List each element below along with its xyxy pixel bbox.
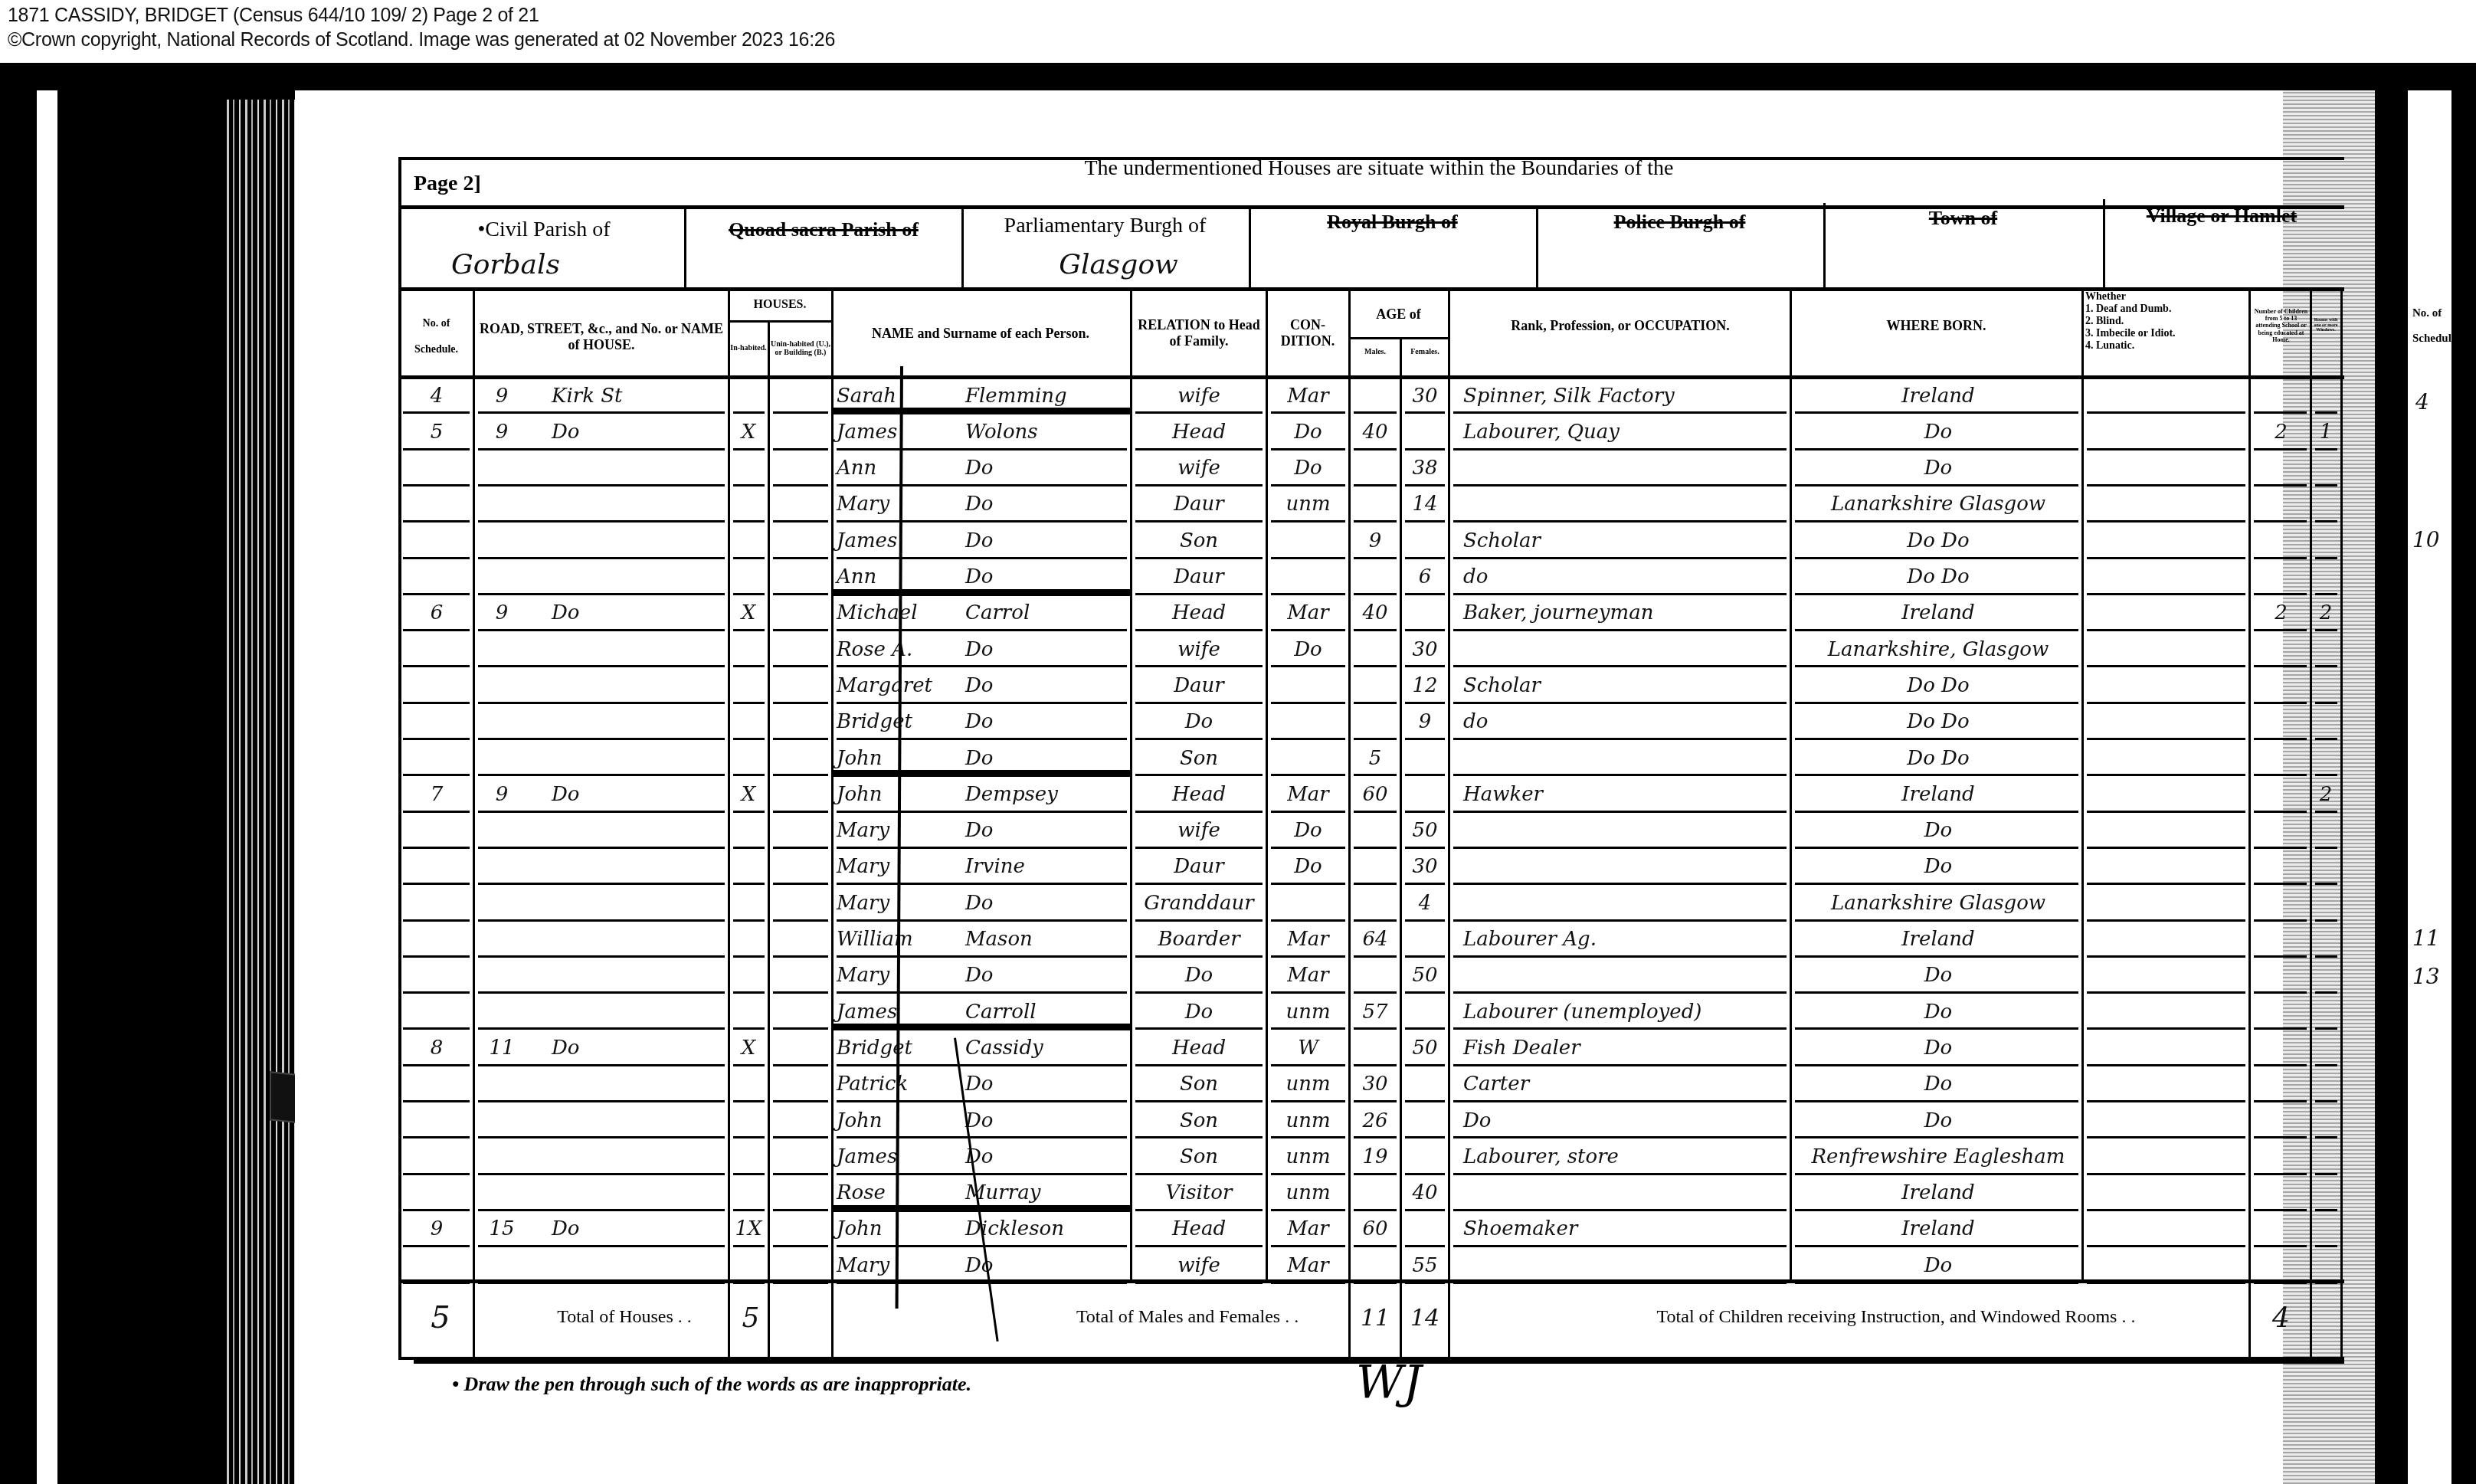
- cell-inhabited: [729, 958, 768, 994]
- cell-no: [479, 885, 525, 921]
- cell-male-age: [1351, 667, 1400, 703]
- row-rule: [2087, 991, 2245, 994]
- row-rule: [773, 484, 828, 486]
- cell-male-age: 60: [1351, 776, 1400, 812]
- cell-condition: Mar: [1268, 378, 1348, 414]
- cell-male-age: 19: [1351, 1138, 1400, 1174]
- cell-forename: Ann: [837, 450, 959, 486]
- cell-male-age: 40: [1351, 595, 1400, 631]
- cell-no: 9: [479, 776, 525, 812]
- next-page-value: 4: [2415, 389, 2429, 414]
- cell-female-age: [1402, 523, 1448, 559]
- cell-children: [2252, 631, 2310, 667]
- cell-rooms: [2312, 1138, 2340, 1174]
- cell-relation: Boarder: [1134, 922, 1264, 958]
- row-rule: [773, 774, 828, 776]
- cell-no: [479, 1175, 525, 1211]
- cell-no: [479, 1138, 525, 1174]
- cell-condition: Do: [1268, 813, 1348, 849]
- cell-female-age: 30: [1402, 378, 1448, 414]
- cell-children: [2252, 922, 2310, 958]
- cell-children: [2252, 667, 2310, 703]
- cell-surname: Dempsey: [965, 776, 1126, 812]
- cell-road: [552, 486, 724, 523]
- cell-surname: Do: [965, 813, 1126, 849]
- cell-inhabited: X: [729, 776, 768, 812]
- col-header-occupation: Rank, Profession, or OCCUPATION.: [1452, 306, 1789, 345]
- cell-relation: Visitor: [1134, 1175, 1264, 1211]
- cell-relation: Daur: [1134, 559, 1264, 595]
- cell-relation: Son: [1134, 1066, 1264, 1102]
- cell-male-age: [1351, 885, 1400, 921]
- cell-schedule: [402, 1247, 471, 1283]
- cell-condition: Mar: [1268, 922, 1348, 958]
- col-header-name: NAME and Surname of each Person.: [835, 306, 1126, 360]
- cell-male-age: [1351, 958, 1400, 994]
- row-rule: [773, 1136, 828, 1138]
- cell-relation: wife: [1134, 450, 1264, 486]
- cell-occupation: [1463, 450, 1785, 486]
- cell-road: [552, 559, 724, 595]
- cell-occupation: [1463, 958, 1785, 994]
- cell-where-born: Do: [1796, 414, 2080, 450]
- cell-occupation: Scholar: [1463, 667, 1785, 703]
- cell-occupation: Do: [1463, 1102, 1785, 1138]
- col-header-infirmity: Whether 1. Deaf and Dumb. 2. Blind. 3. I…: [2085, 280, 2246, 364]
- row-rule: [2087, 919, 2245, 922]
- col-header-children-schooling: Number of Children from 5 to 13 attendin…: [2252, 283, 2310, 368]
- cell-schedule: 8: [402, 1030, 471, 1066]
- row-rule: [773, 1173, 828, 1175]
- cell-road: [552, 885, 724, 921]
- row-rule: [2087, 448, 2245, 450]
- cell-no: [479, 450, 525, 486]
- cell-children: [2252, 1175, 2310, 1211]
- cell-female-age: 55: [1402, 1247, 1448, 1283]
- col-header-females: Females.: [1402, 341, 1448, 364]
- row-rule: [773, 411, 828, 414]
- row-rule: [773, 629, 828, 631]
- row-rule: [773, 448, 828, 450]
- cell-no: [479, 740, 525, 776]
- cell-inhabited: [729, 1247, 768, 1283]
- cell-rooms: [2312, 994, 2340, 1030]
- col-header-relation: RELATION to Head of Family.: [1134, 303, 1264, 364]
- cell-no: [479, 994, 525, 1030]
- cell-condition: [1268, 559, 1348, 595]
- col-divider: [831, 290, 834, 1358]
- cell-occupation: Shoemaker: [1463, 1211, 1785, 1247]
- cell-inhabited: X: [729, 595, 768, 631]
- cell-no: 9: [479, 414, 525, 450]
- cell-occupation: [1463, 740, 1785, 776]
- cell-surname: Do: [965, 450, 1126, 486]
- divider: [684, 207, 686, 287]
- cell-road: Do: [552, 776, 724, 812]
- cell-road: [552, 1102, 724, 1138]
- total-males: 11: [1352, 1299, 1398, 1337]
- cell-inhabited: [729, 523, 768, 559]
- row-rule: [2087, 1209, 2245, 1211]
- cell-schedule: [402, 740, 471, 776]
- cell-no: 15: [479, 1211, 525, 1247]
- image-title: 1871 CASSIDY, BRIDGET (Census 644/10 109…: [8, 5, 539, 27]
- cell-occupation: Labourer (unemployed): [1463, 994, 1785, 1030]
- cell-schedule: [402, 1102, 471, 1138]
- cell-condition: Mar: [1268, 776, 1348, 812]
- cell-female-age: [1402, 922, 1448, 958]
- cell-no: [479, 813, 525, 849]
- civil-parish-value: Gorbals: [429, 245, 582, 283]
- cell-road: Do: [552, 1030, 724, 1066]
- cell-occupation: Baker, journeyman: [1463, 595, 1785, 631]
- col-divider: [2248, 290, 2251, 1358]
- col-divider: [2081, 290, 2084, 1279]
- cell-relation: Head: [1134, 1211, 1264, 1247]
- cell-rooms: [2312, 450, 2340, 486]
- cell-schedule: 7: [402, 776, 471, 812]
- cell-where-born: Lanarkshire Glasgow: [1796, 885, 2080, 921]
- cell-schedule: 6: [402, 595, 471, 631]
- row-rule: [2087, 883, 2245, 885]
- next-page-value: 10: [2412, 527, 2440, 552]
- cell-female-age: [1402, 1138, 1448, 1174]
- row-rule: [773, 593, 828, 595]
- cell-surname: Do: [965, 958, 1126, 994]
- cell-female-age: 30: [1402, 849, 1448, 885]
- cell-relation: wife: [1134, 631, 1264, 667]
- row-rule: [773, 520, 828, 523]
- divider: [2103, 199, 2105, 287]
- cell-children: [2252, 378, 2310, 414]
- cell-road: [552, 849, 724, 885]
- cell-female-age: [1402, 1211, 1448, 1247]
- cell-inhabited: [729, 486, 768, 523]
- cell-condition: unm: [1268, 1102, 1348, 1138]
- cell-schedule: [402, 450, 471, 486]
- cell-female-age: [1402, 595, 1448, 631]
- town-label: Town of: [1827, 203, 2099, 234]
- total-houses-value: 5: [732, 1291, 770, 1345]
- cell-relation: Granddaur: [1134, 885, 1264, 921]
- cell-relation: Do: [1134, 958, 1264, 994]
- row-rule: [773, 847, 828, 849]
- cell-rooms: [2312, 849, 2340, 885]
- cell-children: [2252, 813, 2310, 849]
- col-header-schedule: No. of Schedule.: [400, 314, 473, 360]
- cell-children: [2252, 1211, 2310, 1247]
- cell-road: Do: [552, 595, 724, 631]
- col-header-age: AGE of: [1351, 295, 1446, 333]
- cell-male-age: 40: [1351, 414, 1400, 450]
- cell-where-born: Do: [1796, 1066, 2080, 1102]
- cell-where-born: Do Do: [1796, 667, 2080, 703]
- cell-where-born: Ireland: [1796, 595, 2080, 631]
- cell-surname: Do: [965, 486, 1126, 523]
- row-rule: [773, 1064, 828, 1066]
- cell-male-age: [1351, 450, 1400, 486]
- cell-relation: wife: [1134, 378, 1264, 414]
- cell-condition: Mar: [1268, 595, 1348, 631]
- cell-road: [552, 740, 724, 776]
- cell-male-age: 64: [1351, 922, 1400, 958]
- cell-condition: Mar: [1268, 1211, 1348, 1247]
- cell-rooms: [2312, 885, 2340, 921]
- cell-occupation: Labourer Ag.: [1463, 922, 1785, 958]
- cell-forename: James: [837, 414, 959, 450]
- cell-rooms: 2: [2312, 595, 2340, 631]
- cell-no: [479, 667, 525, 703]
- cell-surname: Do: [965, 1138, 1126, 1174]
- cell-female-age: [1402, 740, 1448, 776]
- cell-inhabited: [729, 813, 768, 849]
- cell-no: [479, 1066, 525, 1102]
- total-schedules: 5: [414, 1287, 467, 1348]
- cell-rooms: [2312, 1175, 2340, 1211]
- cell-occupation: Labourer, store: [1463, 1138, 1785, 1174]
- row-rule: [773, 557, 828, 559]
- cell-condition: Do: [1268, 631, 1348, 667]
- cell-no: [479, 631, 525, 667]
- cell-schedule: 4: [402, 378, 471, 414]
- cell-rooms: [2312, 631, 2340, 667]
- cell-female-age: [1402, 1066, 1448, 1102]
- cell-surname: Do: [965, 523, 1126, 559]
- cell-road: [552, 958, 724, 994]
- cell-relation: Head: [1134, 414, 1264, 450]
- col-divider: [1790, 290, 1792, 1279]
- cell-where-born: Lanarkshire, Glasgow: [1796, 631, 2080, 667]
- cell-where-born: Do: [1796, 813, 2080, 849]
- cell-relation: Do: [1134, 994, 1264, 1030]
- row-rule: [773, 702, 828, 704]
- cell-road: [552, 1138, 724, 1174]
- row-rule: [2087, 1027, 2245, 1030]
- cell-where-born: Lanarkshire Glasgow: [1796, 486, 2080, 523]
- cell-road: [552, 1247, 724, 1283]
- cell-condition: [1268, 885, 1348, 921]
- cell-condition: W: [1268, 1030, 1348, 1066]
- cell-children: [2252, 1247, 2310, 1283]
- cell-relation: Head: [1134, 776, 1264, 812]
- cell-surname: Do: [965, 667, 1126, 703]
- cell-rooms: [2312, 378, 2340, 414]
- cell-schedule: [402, 813, 471, 849]
- cell-surname: Do: [965, 885, 1126, 921]
- cell-no: [479, 559, 525, 595]
- cell-relation: Head: [1134, 1030, 1264, 1066]
- col-header-road: ROAD, STREET, &c., and No. or NAME of HO…: [479, 306, 724, 368]
- cell-where-born: Do Do: [1796, 523, 2080, 559]
- cell-schedule: [402, 631, 471, 667]
- enumerator-initials: WJ: [1356, 1356, 1422, 1410]
- col-divider: [1130, 290, 1132, 1279]
- scan-edge-strip: [37, 90, 57, 1484]
- cell-condition: [1268, 667, 1348, 703]
- cell-schedule: [402, 486, 471, 523]
- cell-occupation: Labourer, Quay: [1463, 414, 1785, 450]
- cell-male-age: [1351, 813, 1400, 849]
- col-header-houses: HOUSES.: [730, 291, 830, 319]
- cell-surname: Do: [965, 1102, 1126, 1138]
- row-rule: [2087, 1100, 2245, 1102]
- cell-no: [479, 922, 525, 958]
- cell-road: [552, 813, 724, 849]
- cell-rooms: 2: [2312, 776, 2340, 812]
- cell-occupation: Spinner, Silk Factory: [1463, 378, 1785, 414]
- cell-no: 9: [479, 595, 525, 631]
- cell-condition: Do: [1268, 414, 1348, 450]
- row-rule: [2087, 847, 2245, 849]
- cell-condition: [1268, 740, 1348, 776]
- cell-schedule: [402, 885, 471, 921]
- cell-road: Do: [552, 1211, 724, 1247]
- cell-female-age: 6: [1402, 559, 1448, 595]
- cell-occupation: Carter: [1463, 1066, 1785, 1102]
- cell-female-age: 12: [1402, 667, 1448, 703]
- row-rule: [773, 1245, 828, 1247]
- cell-no: [479, 958, 525, 994]
- divider: [961, 207, 964, 287]
- village-hamlet-label: Village or Hamlet: [2107, 201, 2337, 231]
- cell-inhabited: [729, 631, 768, 667]
- cell-children: [2252, 1030, 2310, 1066]
- cell-road: [552, 631, 724, 667]
- cell-where-born: Do: [1796, 450, 2080, 486]
- cell-male-age: [1351, 1175, 1400, 1211]
- footnote: • Draw the pen through such of the words…: [452, 1373, 971, 1396]
- cell-rooms: [2312, 740, 2340, 776]
- cell-relation: Daur: [1134, 849, 1264, 885]
- cell-inhabited: [729, 1102, 768, 1138]
- page-label: Page 2]: [414, 165, 536, 203]
- cell-occupation: Hawker: [1463, 776, 1785, 812]
- cell-no: 11: [479, 1030, 525, 1066]
- cell-schedule: [402, 704, 471, 740]
- cell-occupation: do: [1463, 559, 1785, 595]
- cell-surname: Do: [965, 1066, 1126, 1102]
- cell-forename: James: [837, 523, 959, 559]
- col-header-males: Males.: [1351, 341, 1400, 364]
- cell-condition: unm: [1268, 1175, 1348, 1211]
- divider: [1823, 203, 1826, 287]
- cell-female-age: 38: [1402, 450, 1448, 486]
- cell-male-age: [1351, 631, 1400, 667]
- cell-relation: Son: [1134, 1102, 1264, 1138]
- cell-relation: Son: [1134, 1138, 1264, 1174]
- cell-condition: unm: [1268, 1138, 1348, 1174]
- cell-inhabited: X: [729, 1030, 768, 1066]
- row-rule: [2087, 411, 2245, 414]
- cell-condition: Mar: [1268, 958, 1348, 994]
- cell-where-born: Do Do: [1796, 559, 2080, 595]
- cell-where-born: Do Do: [1796, 704, 2080, 740]
- cell-relation: wife: [1134, 1247, 1264, 1283]
- cell-where-born: Ireland: [1796, 776, 2080, 812]
- divider: [398, 1279, 2344, 1283]
- cell-male-age: [1351, 378, 1400, 414]
- quoad-sacra-parish-label: Quoad sacra Parish of: [689, 215, 958, 245]
- police-burgh-label: Police Burgh of: [1540, 207, 1819, 238]
- cell-occupation: [1463, 1247, 1785, 1283]
- cell-surname: Irvine: [965, 849, 1126, 885]
- cell-rooms: [2312, 922, 2340, 958]
- cell-children: 2: [2252, 414, 2310, 450]
- cell-children: [2252, 849, 2310, 885]
- row-rule: [2087, 1064, 2245, 1066]
- cell-inhabited: [729, 559, 768, 595]
- cell-inhabited: [729, 849, 768, 885]
- row-rule: [2087, 665, 2245, 667]
- row-rule: [773, 919, 828, 922]
- cell-children: [2252, 559, 2310, 595]
- cell-relation: wife: [1134, 813, 1264, 849]
- cell-rooms: [2312, 813, 2340, 849]
- cell-male-age: [1351, 486, 1400, 523]
- cell-schedule: 5: [402, 414, 471, 450]
- cell-no: [479, 1102, 525, 1138]
- col-divider: [473, 290, 475, 1358]
- cell-children: [2252, 885, 2310, 921]
- cell-inhabited: [729, 667, 768, 703]
- cell-inhabited: [729, 450, 768, 486]
- cell-schedule: [402, 559, 471, 595]
- cell-female-age: [1402, 414, 1448, 450]
- row-rule: [2087, 738, 2245, 740]
- cell-rooms: 1: [2312, 414, 2340, 450]
- cell-surname: Do: [965, 631, 1126, 667]
- cell-no: [479, 486, 525, 523]
- cell-where-born: Ireland: [1796, 1175, 2080, 1211]
- cell-condition: unm: [1268, 1066, 1348, 1102]
- cell-where-born: Do: [1796, 1030, 2080, 1066]
- cell-children: [2252, 776, 2310, 812]
- cell-no: [479, 523, 525, 559]
- cell-condition: Do: [1268, 849, 1348, 885]
- cell-rooms: [2312, 958, 2340, 994]
- cell-where-born: Do: [1796, 849, 2080, 885]
- cell-surname: Mason: [965, 922, 1126, 958]
- cell-occupation: [1463, 885, 1785, 921]
- cell-inhabited: 1X: [729, 1211, 768, 1247]
- cell-surname: Do: [965, 704, 1126, 740]
- divider: [398, 287, 2344, 291]
- cell-inhabited: [729, 740, 768, 776]
- cell-occupation: Scholar: [1463, 523, 1785, 559]
- row-rule: [773, 991, 828, 994]
- col-header-windowed-rooms: Rooms with one or more Windows.: [2312, 283, 2340, 368]
- cell-schedule: [402, 1175, 471, 1211]
- cell-female-age: [1402, 994, 1448, 1030]
- cell-inhabited: [729, 1066, 768, 1102]
- cell-children: [2252, 740, 2310, 776]
- cell-female-age: 14: [1402, 486, 1448, 523]
- cell-male-age: 26: [1351, 1102, 1400, 1138]
- cell-relation: Head: [1134, 595, 1264, 631]
- cell-male-age: 60: [1351, 1211, 1400, 1247]
- cell-condition: unm: [1268, 486, 1348, 523]
- cell-female-age: 50: [1402, 813, 1448, 849]
- cell-where-born: Ireland: [1796, 1211, 2080, 1247]
- cell-relation: Son: [1134, 740, 1264, 776]
- cell-occupation: [1463, 1175, 1785, 1211]
- row-rule: [2087, 520, 2245, 523]
- cell-children: [2252, 704, 2310, 740]
- cell-relation: Daur: [1134, 486, 1264, 523]
- cell-male-age: 5: [1351, 740, 1400, 776]
- cell-rooms: [2312, 1211, 2340, 1247]
- next-page-strip: No. of Schedule. 4 10 11 13: [2406, 90, 2454, 1484]
